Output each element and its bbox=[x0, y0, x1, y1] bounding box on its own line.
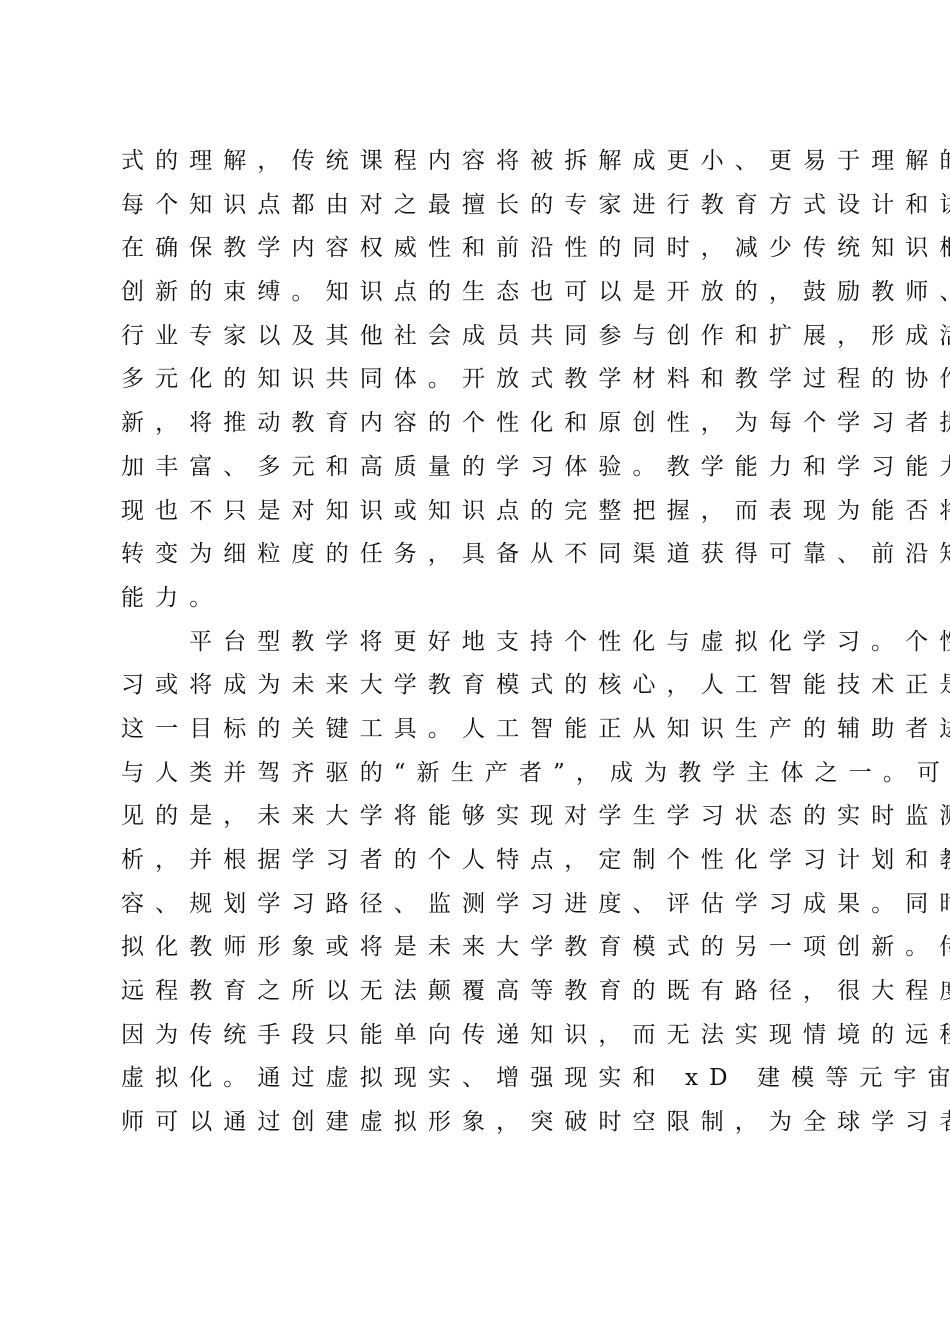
text-line: 新，将推动教育内容的个性化和原创性，为每个学习者提供更 bbox=[121, 402, 861, 446]
text-line: 因为传统手段只能单向传递知识，而无法实现情境的远程化、 bbox=[121, 1014, 861, 1058]
paragraph-1: 式的理解，传统课程内容将被拆解成更小、更易于理解的部分。 每个知识点都由对之最擅… bbox=[121, 140, 861, 621]
document-page: 式的理解，传统课程内容将被拆解成更小、更易于理解的部分。 每个知识点都由对之最擅… bbox=[0, 0, 950, 1344]
text-line: 与人类并驾齐驱的“新生产者”，成为教学主体之一。可以预 bbox=[121, 752, 861, 796]
text-line: 多元化的知识共同体。开放式教学材料和教学过程的协作与创 bbox=[121, 358, 861, 402]
text-line: 容、规划学习路径、监测学习进度、评估学习成果。同时，虚 bbox=[121, 883, 861, 927]
text-line: 创新的束缚。知识点的生态也可以是开放的，鼓励教师、学生、 bbox=[121, 271, 861, 315]
text-line: 师可以通过创建虚拟形象，突破时空限制，为全球学习者提供 bbox=[121, 1101, 861, 1145]
body-text: 式的理解，传统课程内容将被拆解成更小、更易于理解的部分。 每个知识点都由对之最擅… bbox=[121, 140, 861, 1145]
text-line: 析，并根据学习者的个人特点，定制个性化学习计划和教学内 bbox=[121, 839, 861, 883]
paragraph-2: 平台型教学将更好地支持个性化与虚拟化学习。个性化学 习或将成为未来大学教育模式的… bbox=[121, 621, 861, 1145]
text-line: 能力。 bbox=[121, 577, 861, 621]
text-line: 转变为细粒度的任务，具备从不同渠道获得可靠、前沿知识的 bbox=[121, 533, 861, 577]
text-line: 式的理解，传统课程内容将被拆解成更小、更易于理解的部分。 bbox=[121, 140, 861, 184]
text-line: 加丰富、多元和高质量的学习体验。教学能力和学习能力的体 bbox=[121, 446, 861, 490]
text-line: 习或将成为未来大学教育模式的核心，人工智能技术正是实现 bbox=[121, 664, 861, 708]
text-line: 拟化教师形象或将是未来大学教育模式的另一项创新。传统的 bbox=[121, 926, 861, 970]
text-line: 见的是，未来大学将能够实现对学生学习状态的实时监测和分 bbox=[121, 795, 861, 839]
text-line: 行业专家以及其他社会成员共同参与创作和扩展，形成活跃、 bbox=[121, 315, 861, 359]
text-line: 每个知识点都由对之最擅长的专家进行教育方式设计和讲解， bbox=[121, 184, 861, 228]
text-line: 虚拟化。通过虚拟现实、增强现实和 xD 建模等元宇宙形式，教 bbox=[121, 1057, 861, 1101]
text-line: 现也不只是对知识或知识点的完整把握，而表现为能否将问题 bbox=[121, 490, 861, 534]
text-line: 远程教育之所以无法颠覆高等教育的既有路径，很大程度上是 bbox=[121, 970, 861, 1014]
text-line: 这一目标的关键工具。人工智能正从知识生产的辅助者进化为 bbox=[121, 708, 861, 752]
text-line-indented: 平台型教学将更好地支持个性化与虚拟化学习。个性化学 bbox=[121, 621, 861, 665]
text-line: 在确保教学内容权威性和前沿性的同时，减少传统知识框架对 bbox=[121, 227, 861, 271]
